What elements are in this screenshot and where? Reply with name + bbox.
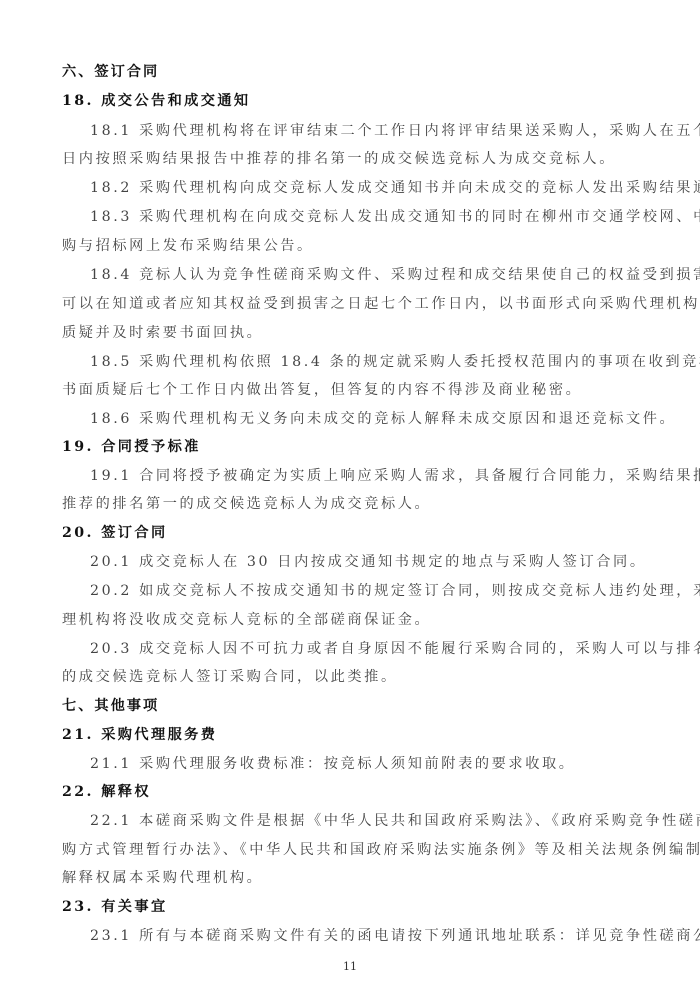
- paragraph-line: 22.1 本磋商采购文件是根据《中华人民共和国政府采购法》、《政府采购竞争性磋商…: [90, 811, 654, 831]
- paragraph-line: 20.1 成交竞标人在 30 日内按成交通知书规定的地点与采购人签订合同。: [90, 552, 654, 572]
- paragraph-line: 购方式管理暂行办法》、《中华人民共和国政府采购法实施条例》等及相关法规条例编制，: [62, 840, 654, 860]
- paragraph-line: 18.5 采购代理机构依照 18.4 条的规定就采购人委托授权范围内的事项在收到…: [90, 352, 654, 372]
- clause-heading: 18. 成交公告和成交通知: [62, 91, 654, 111]
- paragraph-line: 质疑并及时索要书面回执。: [62, 323, 654, 343]
- paragraph-line: 20.2 如成交竞标人不按成交通知书的规定签订合同，则按成交竞标人违约处理，采购…: [90, 581, 654, 601]
- clause-heading: 22. 解释权: [62, 782, 654, 802]
- page-number: 11: [0, 960, 700, 973]
- section-title: 六、签订合同: [62, 62, 654, 82]
- paragraph-line: 18.3 采购代理机构在向成交竞标人发出成交通知书的同时在柳州市交通学校网、中国…: [90, 207, 654, 227]
- paragraph-line: 20.3 成交竞标人因不可抗力或者自身原因不能履行采购合同的，采购人可以与排名第…: [90, 639, 654, 659]
- paragraph-line: 21.1 采购代理服务收费标准：按竞标人须知前附表的要求收取。: [90, 754, 654, 774]
- paragraph-line: 18.4 竞标人认为竞争性磋商采购文件、采购过程和成交结果使自己的权益受到损害的…: [90, 265, 654, 285]
- paragraph-line: 推荐的排名第一的成交候选竞标人为成交竞标人。: [62, 494, 654, 514]
- paragraph-line: 18.2 采购代理机构向成交竞标人发成交通知书并向未成交的竞标人发出采购结果通知…: [90, 178, 654, 198]
- document-page: 六、签订合同 18. 成交公告和成交通知 18.1 采购代理机构将在评审结束二个…: [0, 0, 700, 990]
- section-title: 七、其他事项: [62, 696, 654, 716]
- clause-heading: 21. 采购代理服务费: [62, 725, 654, 745]
- paragraph-line: 19.1 合同将授予被确定为实质上响应采购人需求，具备履行合同能力，采购结果报告…: [90, 466, 654, 486]
- paragraph-line: 日内按照采购结果报告中推荐的排名第一的成交候选竞标人为成交竞标人。: [62, 149, 654, 169]
- paragraph-line: 购与招标网上发布采购结果公告。: [62, 236, 654, 256]
- clause-heading: 20. 签订合同: [62, 523, 654, 543]
- paragraph-line: 的成交候选竞标人签订采购合同，以此类推。: [62, 667, 654, 687]
- clause-heading: 23. 有关事宜: [62, 897, 654, 917]
- paragraph-line: 18.6 采购代理机构无义务向未成交的竞标人解释未成交原因和退还竞标文件。: [90, 409, 654, 429]
- paragraph-line: 可以在知道或者应知其权益受到损害之日起七个工作日内，以书面形式向采购代理机构提出: [62, 294, 654, 314]
- clause-heading: 19. 合同授予标准: [62, 437, 654, 457]
- paragraph-line: 解释权属本采购代理机构。: [62, 868, 654, 888]
- paragraph-line: 理机构将没收成交竞标人竞标的全部磋商保证金。: [62, 610, 654, 630]
- paragraph-line: 书面质疑后七个工作日内做出答复，但答复的内容不得涉及商业秘密。: [62, 380, 654, 400]
- paragraph-line: 18.1 采购代理机构将在评审结束二个工作日内将评审结果送采购人，采购人在五个工…: [90, 121, 654, 141]
- paragraph-line: 23.1 所有与本磋商采购文件有关的函电请按下列通讯地址联系：详见竞争性磋商公告…: [90, 926, 654, 946]
